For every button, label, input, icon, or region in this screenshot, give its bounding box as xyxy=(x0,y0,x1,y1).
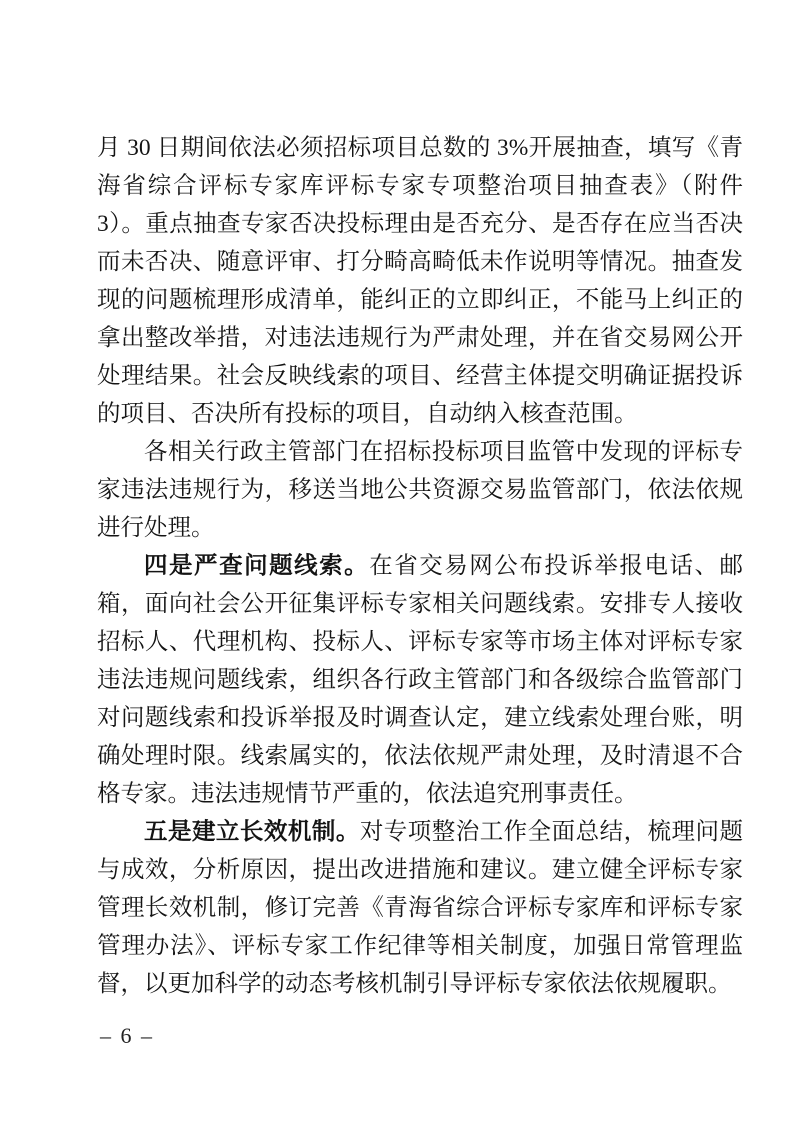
paragraph-text: 对专项整治工作全面总结，梳理问题与成效，分析原因，提出改进措施和建议。建立健全评… xyxy=(97,819,743,997)
paragraph: 月 30 日期间依法必须招标项目总数的 3%开展抽查，填写《青海省综合评标专家库… xyxy=(97,129,743,433)
page-number: – 6 – xyxy=(100,1022,154,1050)
document-page: 月 30 日期间依法必须招标项目总数的 3%开展抽查，填写《青海省综合评标专家库… xyxy=(0,0,793,1122)
paragraph-text: 在省交易网公布投诉举报电话、邮箱，面向社会公开征集评标专家相关问题线索。安排专人… xyxy=(97,553,743,807)
paragraph-text: 各相关行政主管部门在招标投标项目监管中发现的评标专家违法违规行为，移送当地公共资… xyxy=(97,439,743,541)
paragraph: 五是建立长效机制。对专项整治工作全面总结，梳理问题与成效，分析原因，提出改进措施… xyxy=(97,813,743,1003)
paragraph: 各相关行政主管部门在招标投标项目监管中发现的评标专家违法违规行为，移送当地公共资… xyxy=(97,433,743,547)
document-body: 月 30 日期间依法必须招标项目总数的 3%开展抽查，填写《青海省综合评标专家库… xyxy=(97,129,743,1003)
paragraph: 四是严查问题线索。在省交易网公布投诉举报电话、邮箱，面向社会公开征集评标专家相关… xyxy=(97,547,743,813)
paragraph-text: 月 30 日期间依法必须招标项目总数的 3%开展抽查，填写《青海省综合评标专家库… xyxy=(97,135,743,427)
paragraph-lead: 五是建立长效机制。 xyxy=(144,819,360,845)
paragraph-lead: 四是严查问题线索。 xyxy=(144,553,369,579)
